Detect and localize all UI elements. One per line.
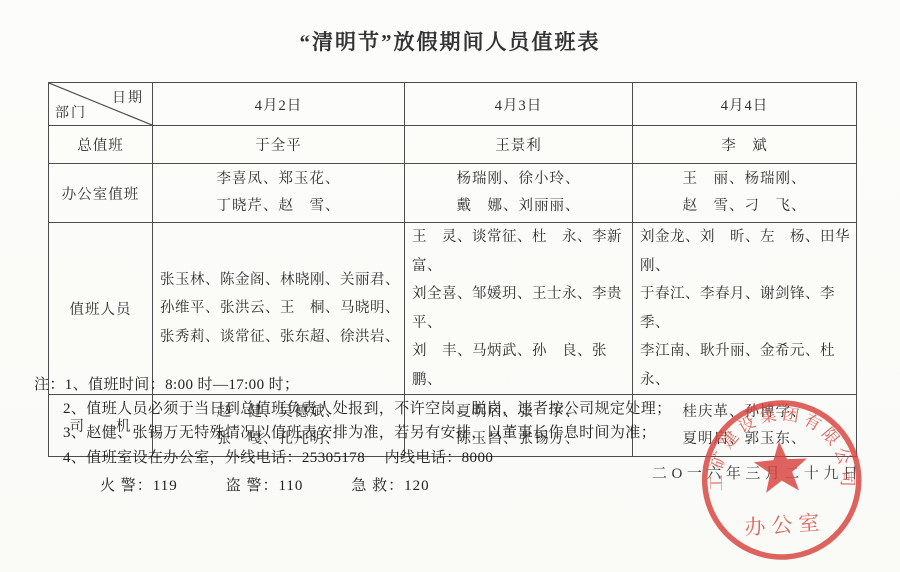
note-line-2: 2、值班人员必须于当日到总值班负责人处报到，不许空岗、脱岗，违者按公司规定处理； — [34, 397, 674, 421]
duty-line: 王 丽、杨瑞刚、 — [633, 166, 856, 193]
duty-line: 张玉林、陈金阁、林晓刚、关丽君、 — [153, 266, 404, 295]
duty-cell: 张玉林、陈金阁、林晓刚、关丽君、 孙维平、张洪云、王 桐、马晓明、 张秀莉、谈常… — [153, 223, 405, 395]
duty-cell: 王 灵、谈常征、杜 永、李新富、 刘全喜、邹媛玥、王士永、李贵平、 刘 丰、马炳… — [405, 223, 633, 395]
official-seal-stamp: 工矿建设集团有限公司 办公室 — [676, 389, 888, 572]
duty-line: 赵 雪、刁 飞、 — [633, 193, 856, 220]
table-row-office-duty: 办公室值班 李喜凤、郑玉花、 丁晓芹、赵 雪、 杨瑞刚、徐小玲、 戴 娜、刘丽丽… — [49, 164, 857, 223]
note-line-3: 3、赵健、张锡万无特殊情况以值班表安排为准，若另有安排，以董事长作息时间为准； — [34, 421, 674, 445]
date-header-apr2: 4月2日 — [153, 83, 405, 126]
duty-line: 丁晓芹、赵 雪、 — [153, 193, 404, 220]
notes-section: 注：1、值班时间：8:00 时—17:00 时； 2、值班人员必须于当日到总值班… — [34, 373, 674, 498]
page-title: “清明节”放假期间人员值班表 — [0, 26, 900, 56]
duty-line: 张秀莉、谈常征、张东超、徐洪岩、 — [153, 323, 404, 352]
duty-line: 李喜凤、郑玉花、 — [153, 166, 404, 193]
duty-cell: 杨瑞刚、徐小玲、 戴 娜、刘丽丽、 — [405, 164, 633, 223]
duty-line: 戴 娜、刘丽丽、 — [405, 193, 632, 220]
duty-line: 王 灵、谈常征、杜 永、李新富、 — [405, 223, 632, 280]
duty-cell: 王景利 — [405, 126, 633, 164]
emergency-numbers: 火 警：119 盗 警：110 急 救：120 — [34, 474, 674, 498]
corner-header-cell: 日期 部门 — [49, 83, 153, 126]
duty-line: 于春江、李春月、谢剑锋、李 季、 — [633, 280, 856, 337]
duty-cell: 刘金龙、刘 昕、左 杨、田华刚、 于春江、李春月、谢剑锋、李 季、 李江南、耿升… — [633, 223, 857, 395]
date-header-apr3: 4月3日 — [405, 83, 633, 126]
duty-cell: 李 斌 — [633, 126, 857, 164]
duty-cell: 王 丽、杨瑞刚、 赵 雪、刁 飞、 — [633, 164, 857, 223]
document-page: “清明节”放假期间人员值班表 日期 部门 4月2日 4月3日 4月4日 总值班 … — [0, 0, 900, 572]
stamp-star-icon — [752, 439, 809, 493]
duty-cell: 李喜凤、郑玉花、 丁晓芹、赵 雪、 — [153, 164, 405, 223]
date-header-apr4: 4月4日 — [633, 83, 857, 126]
duty-line: 孙维平、张洪云、王 桐、马晓明、 — [153, 294, 404, 323]
table-row-general-duty: 总值班 于全平 王景利 李 斌 — [49, 126, 857, 164]
note-line-1: 注：1、值班时间：8:00 时—17:00 时； — [34, 373, 674, 397]
row-label: 值班人员 — [49, 223, 153, 395]
table-row-duty-personnel: 值班人员 张玉林、陈金阁、林晓刚、关丽君、 孙维平、张洪云、王 桐、马晓明、 张… — [49, 223, 857, 395]
duty-line: 杨瑞刚、徐小玲、 — [405, 166, 632, 193]
duty-cell: 于全平 — [153, 126, 405, 164]
duty-line: 刘全喜、邹媛玥、王士永、李贵平、 — [405, 280, 632, 337]
corner-label-dept: 部门 — [55, 102, 87, 122]
row-label: 办公室值班 — [49, 164, 153, 223]
stamp-office-text: 办公室 — [744, 510, 826, 540]
duty-line: 刘金龙、刘 昕、左 杨、田华刚、 — [633, 223, 856, 280]
row-label: 总值班 — [49, 126, 153, 164]
note-line-4: 4、值班室设在办公室，外线电话：25305178 内线电话：8000 — [34, 446, 674, 470]
corner-label-date: 日期 — [112, 87, 144, 107]
